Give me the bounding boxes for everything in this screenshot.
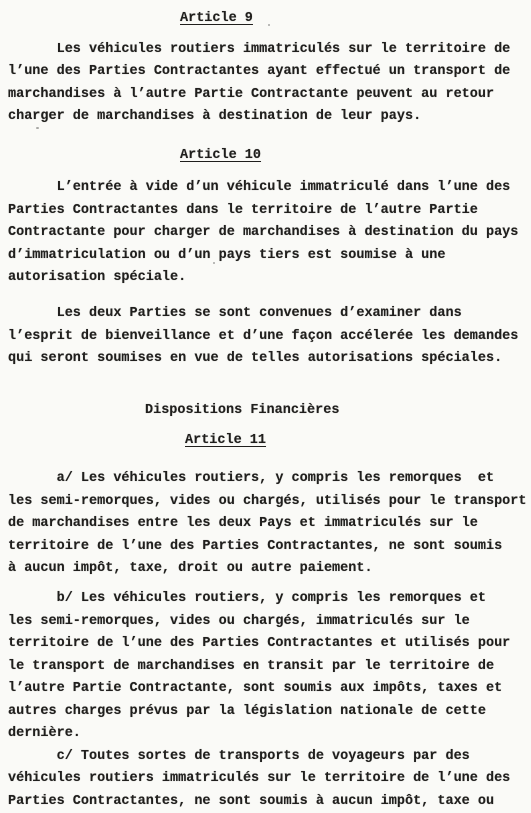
article-11-paragraph-c: c/ Toutes sortes de transports de voyage… — [8, 746, 531, 813]
article-10-paragraph-1: L’entrée à vide d’un véhicule immatricul… — [8, 177, 531, 290]
document-page: Article 9 Les véhicules routiers immatri… — [0, 0, 531, 813]
dispositions-financieres-heading: Dispositions Financières — [145, 400, 531, 423]
article-11-paragraph-a: a/ Les véhicules routiers, y compris les… — [8, 468, 531, 581]
article-11-heading: Article 11 — [185, 430, 531, 453]
article-10-paragraph-2: Les deux Parties se sont convenues d’exa… — [8, 303, 531, 371]
scan-speck — [268, 24, 270, 26]
scan-speck — [36, 127, 39, 129]
article-11-paragraph-b: b/ Les véhicules routiers, y compris les… — [8, 588, 531, 746]
article-10-heading: Article 10 — [180, 145, 531, 168]
article-9-paragraph: Les véhicules routiers immatriculés sur … — [8, 39, 531, 129]
scan-speck — [213, 262, 215, 264]
article-9-heading: Article 9 — [180, 8, 531, 31]
